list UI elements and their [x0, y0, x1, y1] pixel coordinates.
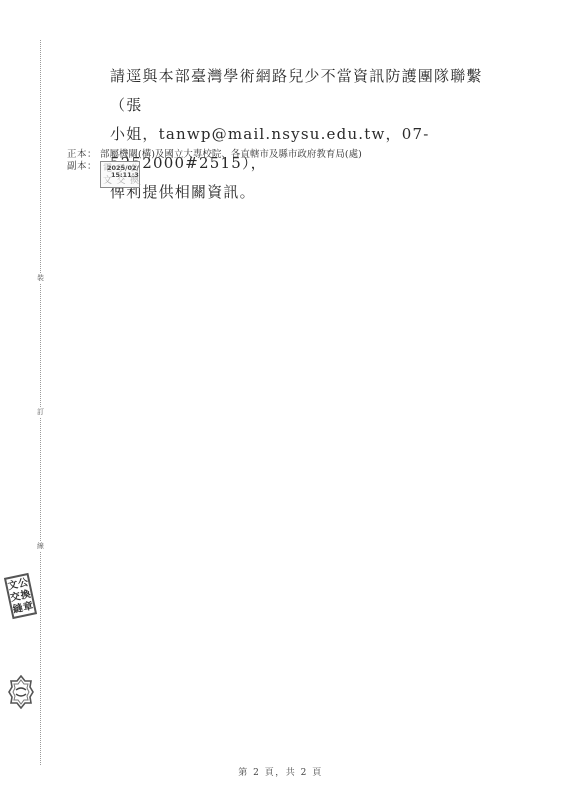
- seal-char: 章: [22, 601, 35, 615]
- binding-dotted-line: [40, 40, 41, 765]
- stamp-time: 15:11:38: [111, 171, 140, 179]
- page-number-footer: 第 2 頁，共 2 頁: [0, 765, 561, 778]
- stamp-char: 章: [103, 187, 112, 188]
- binding-char-zhuang: 裝: [35, 273, 46, 284]
- electronic-exchange-stamp: 電 子 公 文 交 換 章 2025/02/05 15:11:38: [100, 161, 140, 188]
- seal-rosette-icon: [8, 675, 34, 709]
- document-body: 請逕與本部臺灣學術網路兒少不當資訊防護團隊聯繫（張 小姐，tanwp@mail.…: [110, 62, 505, 207]
- seam-seal-icon: 文 公 交 換 縫 章: [4, 573, 37, 619]
- body-line-3: 俾利提供相關資訊。: [110, 178, 505, 207]
- binding-char-xian: 線: [35, 541, 46, 552]
- copy-label: 副本：: [67, 161, 100, 173]
- original-label: 正本：: [67, 149, 100, 161]
- body-line-1: 請逕與本部臺灣學術網路兒少不當資訊防護團隊聯繫（張: [110, 62, 505, 120]
- binding-char-ding: 訂: [35, 407, 46, 418]
- original-recipients: 部屬機關(構)及國立大專校院、各直轄市及縣市政府教育局(處): [100, 149, 362, 161]
- original-recipients-row: 正本： 部屬機關(構)及國立大專校院、各直轄市及縣市政府教育局(處): [67, 149, 362, 161]
